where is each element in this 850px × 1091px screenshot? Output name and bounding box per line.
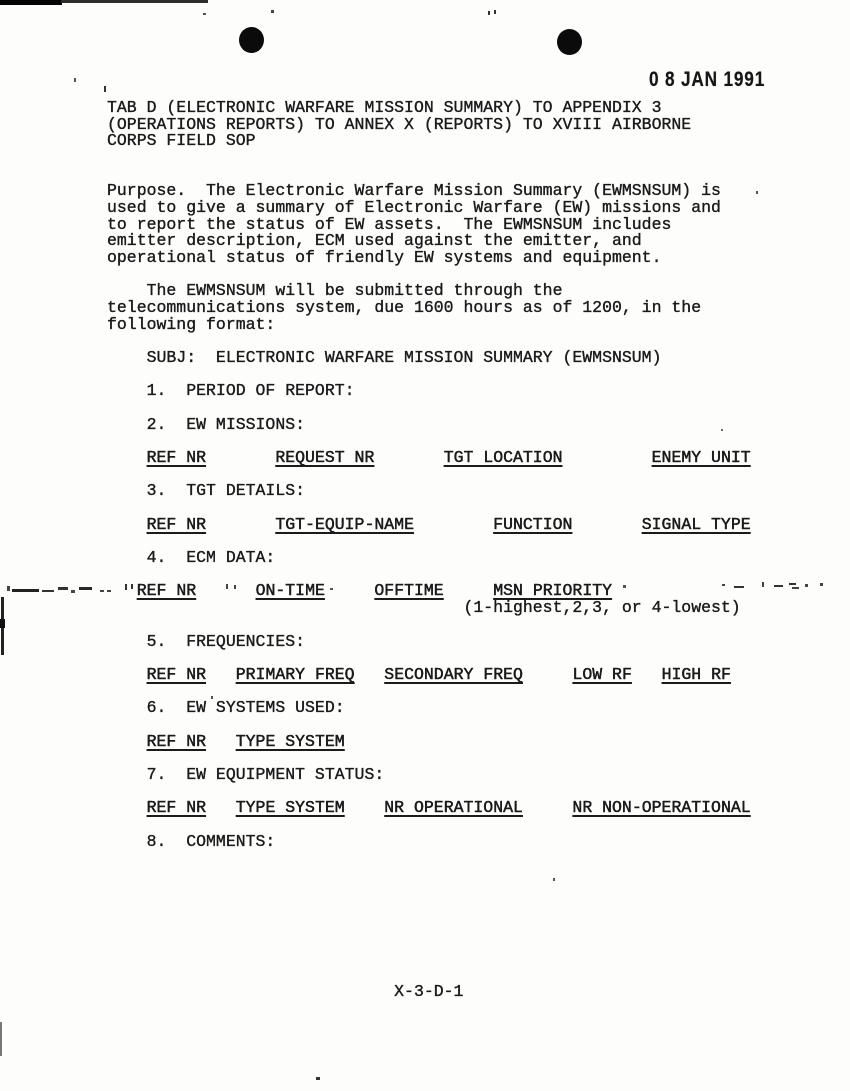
text-run (107, 448, 147, 467)
blank-line (107, 150, 751, 167)
scan-artifact-streak (330, 588, 333, 590)
text-run: 8. COMMENTS: (107, 832, 275, 851)
scan-artifact-streak (762, 582, 764, 587)
column-header: SECONDARY FREQ (384, 665, 523, 684)
scan-artifact-streak (805, 584, 808, 587)
scan-artifact-streak (820, 583, 823, 586)
blank-line (107, 950, 751, 967)
text-run: 6. EW SYSTEMS USED: (107, 698, 345, 717)
title-line: CORPS FIELD SOP (107, 133, 751, 150)
header-row-ew-systems: REF NR TYPE SYSTEM (107, 734, 751, 751)
text-run: 4. ECM DATA: (107, 548, 275, 567)
text-run (206, 515, 275, 534)
scan-artifact-vertical-line (0, 619, 5, 628)
text-run (107, 515, 147, 534)
scan-artifact-speck (203, 13, 206, 15)
scan-artifact-streak (131, 584, 133, 589)
date-stamp: 0 8 JAN 1991 (649, 68, 765, 92)
column-header: LOW RF (572, 665, 631, 684)
scan-artifact-streak (58, 587, 68, 590)
scan-artifact-top-bar (61, 0, 208, 3)
text-run (206, 448, 275, 467)
text-run (374, 448, 443, 467)
text-run (632, 665, 662, 684)
page-number: X-3-D-1 (107, 984, 751, 1001)
scan-artifact-speck (271, 10, 274, 13)
scan-artifact-streak (7, 586, 10, 591)
item-line-4: 4. ECM DATA: (107, 550, 751, 567)
item-line-2: 2. EW MISSIONS: (107, 417, 751, 434)
scan-artifact-speck (211, 696, 213, 699)
blank-line (107, 850, 751, 867)
blank-line (107, 867, 751, 884)
column-header: TGT LOCATION (444, 448, 563, 467)
scan-artifact-speck (494, 10, 496, 14)
scan-artifact-streak (12, 589, 39, 592)
blank-line (107, 917, 751, 934)
scan-artifact-streak (125, 584, 127, 590)
document-body: TAB D (ELECTRONIC WARFARE MISSION SUMMAR… (107, 100, 751, 1000)
blank-line (107, 934, 751, 951)
text-run (523, 665, 573, 684)
column-header: NR NON-OPERATIONAL (572, 798, 750, 817)
subject-line: SUBJ: ELECTRONIC WARFARE MISSION SUMMARY… (107, 350, 751, 367)
text-run (414, 515, 493, 534)
scan-artifact-streak (226, 584, 228, 589)
column-header: FUNCTION (493, 515, 572, 534)
item-line-7: 7. EW EQUIPMENT STATUS: (107, 767, 751, 784)
scan-artifact-streak (792, 587, 799, 589)
scan-artifact-streak (42, 590, 54, 592)
column-header: REF NR (147, 515, 206, 534)
text-run: 2. EW MISSIONS: (107, 415, 305, 434)
item-line-5: 5. FREQUENCIES: (107, 634, 751, 651)
scan-artifact-speck (488, 11, 490, 15)
text-run: SUBJ: ELECTRONIC WARFARE MISSION SUMMARY… (107, 348, 662, 367)
column-header: SIGNAL TYPE (642, 515, 751, 534)
text-run (206, 732, 236, 751)
scan-artifact-speck (553, 878, 555, 881)
column-header: HIGH RF (662, 665, 731, 684)
header-row-tgt-details: REF NR TGT-EQUIP-NAME FUNCTION SIGNAL TY… (107, 517, 751, 534)
text-run (107, 732, 147, 751)
text-run (563, 448, 652, 467)
column-header: TYPE SYSTEM (236, 732, 345, 751)
text-run (107, 798, 147, 817)
column-header: REF NR (147, 732, 206, 751)
column-header: REF NR (147, 665, 206, 684)
text-run (206, 798, 236, 817)
text-run: operational status of friendly EW system… (107, 248, 662, 267)
header-row-ew-missions: REF NR REQUEST NR TGT LOCATION ENEMY UNI… (107, 450, 751, 467)
item-line-6: 6. EW SYSTEMS USED: (107, 700, 751, 717)
text-run: following format: (107, 315, 275, 334)
text-run (206, 665, 236, 684)
text-run (355, 665, 385, 684)
scan-artifact-streak (100, 590, 104, 592)
item-line-1: 1. PERIOD OF REPORT: (107, 383, 751, 400)
column-header: ENEMY UNIT (652, 448, 751, 467)
column-header: NR OPERATIONAL (384, 798, 523, 817)
header-row-ew-equipment: REF NR TYPE SYSTEM NR OPERATIONAL NR NON… (107, 800, 751, 817)
header-note-msn-priority: (1-highest,2,3, or 4-lowest) (107, 600, 751, 617)
scan-artifact-streak (79, 587, 92, 590)
text-run: (1-highest,2,3, or 4-lowest) (107, 598, 741, 617)
text-run: 5. FREQUENCIES: (107, 632, 305, 651)
scan-artifact-streak (107, 590, 111, 592)
text-run: 7. EW EQUIPMENT STATUS: (107, 765, 384, 784)
scan-artifact-streak (234, 585, 236, 589)
column-header: TYPE SYSTEM (236, 798, 345, 817)
scan-artifact-speck (74, 78, 76, 82)
scan-artifact-speck (104, 86, 106, 92)
column-header: PRIMARY FREQ (236, 665, 355, 684)
scan-artifact-streak (774, 585, 783, 587)
scan-artifact-left-edge (0, 1022, 2, 1056)
column-header: REQUEST NR (275, 448, 374, 467)
item-line-3: 3. TGT DETAILS: (107, 483, 751, 500)
body-line: following format: (107, 317, 751, 334)
hole-punch-dot (557, 29, 582, 55)
scan-artifact-speck (316, 1077, 320, 1080)
scan-artifact-streak (789, 583, 796, 585)
scan-artifact-streak (734, 586, 744, 588)
text-run (107, 665, 147, 684)
scan-artifact-speck (756, 191, 758, 194)
scan-artifact-top-bar (0, 0, 62, 5)
scan-artifact-streak (722, 584, 725, 586)
purpose-line: operational status of friendly EW system… (107, 250, 751, 267)
blank-line (107, 884, 751, 901)
text-run (345, 798, 385, 817)
blank-line (107, 900, 751, 917)
scan-artifact-streak (623, 585, 626, 588)
scanned-document-page: 0 8 JAN 1991 TAB D (ELECTRONIC WARFARE M… (0, 0, 850, 1091)
text-run (572, 515, 641, 534)
column-header: TGT-EQUIP-NAME (275, 515, 414, 534)
scan-artifact-streak (71, 590, 75, 593)
hole-punch-dot (239, 27, 264, 53)
item-line-8: 8. COMMENTS: (107, 834, 751, 851)
text-run: X-3-D-1 (107, 982, 463, 1001)
header-row-frequencies: REF NR PRIMARY FREQ SECONDARY FREQ LOW R… (107, 667, 751, 684)
text-run: 3. TGT DETAILS: (107, 481, 305, 500)
text-run: 1. PERIOD OF REPORT: (107, 381, 355, 400)
text-run (523, 798, 573, 817)
scan-artifact-speck (721, 429, 723, 431)
text-run: CORPS FIELD SOP (107, 131, 256, 150)
column-header: REF NR (147, 448, 206, 467)
column-header: REF NR (147, 798, 206, 817)
